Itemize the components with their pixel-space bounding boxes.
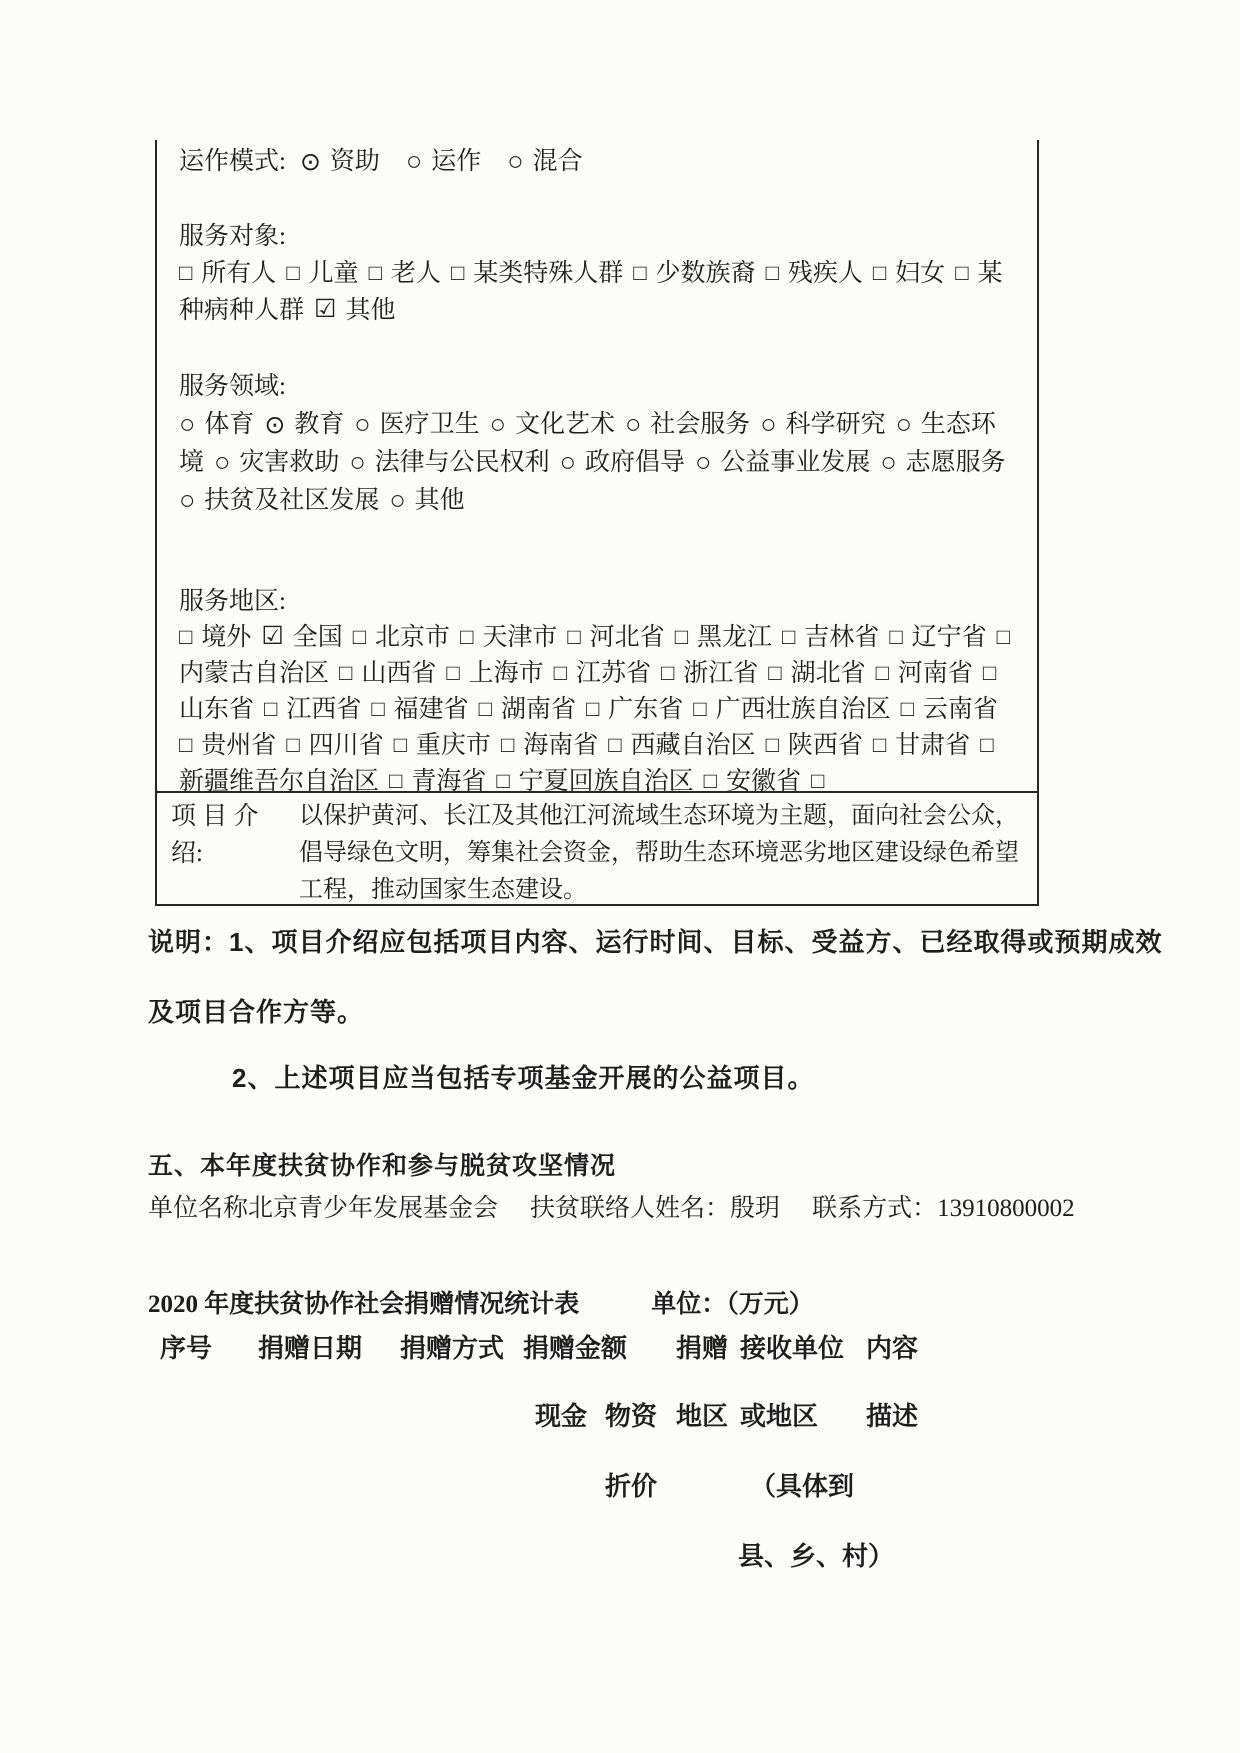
option: □浙江省 [661, 660, 758, 687]
checkbox-icon: □ [693, 691, 706, 727]
option-label: 教育 [294, 411, 344, 438]
radio-icon: ○ [507, 143, 523, 180]
checkbox-icon: □ [889, 619, 902, 655]
service-regions-group: 服务地区: □境外☑全国□北京市□天津市□河北省□黑龙江□吉林省□辽宁省□内蒙古… [179, 584, 1023, 800]
option: □西藏自治区 [608, 732, 755, 759]
service-targets-group: 服务对象: □所有人□儿童□老人□某类特殊人群□少数族裔□残疾人□妇女□某种病种… [179, 218, 1023, 329]
checkbox-icon: □ [586, 691, 599, 727]
scanned-form-page: 运作模式:⊙资助○运作○混合 服务对象: □所有人□儿童□老人□某类特殊人群□少… [0, 0, 1240, 1753]
option-label: 新疆维吾尔自治区 [179, 768, 379, 795]
radio-icon: ○ [349, 444, 365, 481]
checkbox-icon: □ [873, 727, 886, 763]
option: ○志愿服务 [880, 449, 1005, 476]
option-label: 青海省 [411, 768, 486, 795]
checkbox-checked-icon: ☑ [261, 619, 283, 655]
option-label: 西藏自治区 [631, 732, 756, 759]
option: ☑全国 [261, 624, 342, 651]
donation-table-title: 2020 年度扶贫协作社会捐赠情况统计表 [148, 1291, 579, 1318]
radio-icon: ○ [179, 406, 195, 443]
option: ○政府倡导 [560, 449, 685, 476]
option-label: 扶贫及社区发展 [204, 487, 379, 514]
donation-table-unit: 单位：（万元） [651, 1291, 814, 1318]
checkbox-icon: □ [633, 254, 646, 291]
option: ○体育 [179, 411, 254, 438]
checkbox-icon: □ [451, 254, 464, 291]
header-cell: 描述 [866, 1396, 918, 1433]
option: ☑其他 [314, 297, 395, 324]
section5-heading: 五、本年度扶贫协作和参与脱贫攻坚情况 [148, 1146, 616, 1182]
checkbox-icon: □ [675, 619, 688, 655]
option: □所有人 [179, 260, 276, 287]
option: □儿童 [286, 260, 358, 287]
option: □老人 [369, 260, 441, 287]
checkbox-icon: □ [997, 619, 1010, 655]
option-label: 广西壮族自治区 [716, 696, 891, 723]
radio-icon: ○ [406, 143, 422, 180]
option: □湖南省 [479, 696, 576, 723]
option: □山西省 [339, 660, 436, 687]
header-cell: 捐赠金额 [523, 1328, 627, 1365]
service-fields-label: 服务领域: [179, 368, 1023, 405]
option: ○运作 [406, 148, 481, 175]
org-name: 北京青少年发展基金会 [248, 1195, 498, 1222]
option-label: 资助 [330, 148, 380, 175]
checkbox-icon: □ [394, 727, 407, 763]
option: □安徽省 [704, 768, 801, 795]
option-label: 境外 [201, 624, 251, 651]
option: □某类特殊人群 [451, 260, 623, 287]
notes-line-1: 说明：1、项目介绍应包括项目内容、运行时间、目标、受益方、已经取得或预期成效 [148, 922, 1162, 959]
checkbox-checked-icon: ☑ [314, 291, 336, 328]
option: □青海省 [389, 768, 486, 795]
header-cell: 物资 [605, 1396, 657, 1433]
option: □北京市 [353, 624, 450, 651]
checkbox-icon: □ [782, 619, 795, 655]
project-intro-label: 项 目 介 绍: [157, 793, 293, 904]
radio-icon: ○ [695, 444, 711, 481]
header-cell: 序号 [160, 1328, 212, 1365]
service-regions-options: □境外☑全国□北京市□天津市□河北省□黑龙江□吉林省□辽宁省□内蒙古自治区□山西… [179, 624, 1019, 795]
option: ⊙资助 [300, 148, 380, 175]
option: □黑龙江 [675, 624, 772, 651]
header-cell: 地区 [676, 1396, 728, 1433]
checkbox-icon: □ [980, 727, 993, 763]
option-label: 某类特殊人群 [473, 260, 623, 287]
radio-icon: ○ [179, 482, 195, 519]
header-cell: 折价 [605, 1466, 657, 1503]
option: □境外 [179, 624, 251, 651]
project-intro-cell: 项 目 介 绍: 以保护黄河、长江及其他江河流域生态环境为主题，面向社会公众，倡… [155, 793, 1039, 906]
option-label: 天津市 [482, 624, 557, 651]
donation-table-header-row-3: 折价（具体到 [0, 1466, 1240, 1500]
option: ○混合 [507, 148, 582, 175]
checkbox-icon: □ [768, 655, 781, 691]
option-label: 全国 [293, 624, 343, 651]
checkbox-icon: □ [369, 254, 382, 291]
checkbox-icon: □ [286, 727, 299, 763]
checkbox-icon: □ [873, 254, 886, 291]
header-cell: 现金 [535, 1396, 587, 1433]
option: □上海市 [446, 660, 543, 687]
option: ○医疗卫生 [354, 411, 479, 438]
option: ○扶贫及社区发展 [179, 487, 379, 514]
option-label: 内蒙古自治区 [179, 660, 329, 687]
contact-label: 扶贫联络人姓名： [530, 1195, 730, 1222]
checkbox-icon: □ [460, 619, 473, 655]
option-label: 广东省 [608, 696, 683, 723]
option-label: 四川省 [309, 732, 384, 759]
option-label: 河南省 [898, 660, 973, 687]
checkbox-icon: □ [479, 691, 492, 727]
option: □甘肃省 [873, 732, 970, 759]
option: □陕西省 [766, 732, 863, 759]
header-cell: 捐赠日期 [258, 1328, 362, 1365]
checkbox-icon: □ [446, 655, 459, 691]
radio-icon: ○ [389, 482, 405, 519]
phone-number: 13910800002 [937, 1195, 1075, 1222]
radio-icon: ○ [214, 444, 230, 481]
checkbox-icon: □ [567, 619, 580, 655]
option-label: 湖北省 [791, 660, 866, 687]
service-fields-group: 服务领域: ○体育⊙教育○医疗卫生○文化艺术○社会服务○科学研究○生态环境○灾害… [179, 368, 1023, 519]
option: □少数族裔 [633, 260, 755, 287]
option-label: 山西省 [361, 660, 436, 687]
radio-checked-icon: ⊙ [300, 144, 321, 181]
option: □重庆市 [394, 732, 491, 759]
checkbox-icon: □ [661, 655, 674, 691]
option-label: 河北省 [590, 624, 665, 651]
operation-mode-group: 运作模式:⊙资助○运作○混合 [179, 142, 1023, 180]
project-intro-text: 以保护黄河、长江及其他江河流域生态环境为主题，面向社会公众，倡导绿色文明，筹集社… [293, 793, 1037, 904]
option: □福建省 [371, 696, 468, 723]
option: □宁夏回族自治区 [496, 768, 693, 795]
checkbox-icon: □ [554, 655, 567, 691]
option: □ [811, 768, 833, 795]
option-label: 福建省 [394, 696, 469, 723]
donation-table-header-row-4: 县、乡、村） [0, 1536, 1240, 1570]
checkbox-icon: □ [983, 655, 996, 691]
option: ○文化艺术 [490, 411, 615, 438]
option-label: 辽宁省 [912, 624, 987, 651]
option: □天津市 [460, 624, 557, 651]
option: □贵州省 [179, 732, 276, 759]
radio-icon: ○ [354, 406, 370, 443]
header-cell: 接收单位 [740, 1328, 844, 1365]
option-label: 陕西省 [788, 732, 863, 759]
option-label: 江苏省 [576, 660, 651, 687]
org-label: 单位名称 [148, 1195, 248, 1222]
header-cell: 捐赠 [676, 1328, 728, 1365]
option-label: 老人 [391, 260, 441, 287]
header-cell: 捐赠方式 [400, 1328, 504, 1365]
option: □河北省 [567, 624, 664, 651]
radio-icon: ○ [760, 406, 776, 443]
checkbox-icon: □ [179, 619, 192, 655]
option: ○科学研究 [760, 411, 885, 438]
option: ○社会服务 [625, 411, 750, 438]
option-label: 志愿服务 [906, 449, 1006, 476]
option-label: 混合 [533, 148, 583, 175]
checkbox-icon: □ [501, 727, 514, 763]
radio-icon: ○ [560, 444, 576, 481]
option-label: 浙江省 [683, 660, 758, 687]
option-label: 黑龙江 [697, 624, 772, 651]
option: ⊙教育 [264, 411, 344, 438]
option-label: 其他 [345, 297, 395, 324]
checkbox-icon: □ [876, 655, 889, 691]
checkbox-icon: □ [766, 727, 779, 763]
service-fields-options: ○体育⊙教育○医疗卫生○文化艺术○社会服务○科学研究○生态环境○灾害救助○法律与… [179, 411, 1016, 514]
option: □四川省 [286, 732, 383, 759]
service-targets-label: 服务对象: [179, 218, 1023, 255]
option: □河南省 [876, 660, 973, 687]
option: □云南省 [901, 696, 998, 723]
option: □妇女 [873, 260, 945, 287]
option: ○法律与公民权利 [349, 449, 549, 476]
option: □广东省 [586, 696, 683, 723]
operation-mode-label: 运作模式: [179, 148, 286, 175]
checkbox-icon: □ [608, 727, 621, 763]
option-label: 甘肃省 [895, 732, 970, 759]
option-label: 灾害救助 [239, 449, 339, 476]
option: □广西壮族自治区 [693, 696, 890, 723]
option-label: 儿童 [309, 260, 359, 287]
option-label: 社会服务 [650, 411, 750, 438]
checkbox-icon: □ [901, 691, 914, 727]
checkbox-icon: □ [339, 655, 352, 691]
option-label: 医疗卫生 [380, 411, 480, 438]
option-label: 少数族裔 [656, 260, 756, 287]
section5-org-line: 单位名称北京青少年发展基金会扶贫联络人姓名：殷玥联系方式：13910800002 [148, 1188, 1075, 1224]
option-label: 贵州省 [201, 732, 276, 759]
option: □海南省 [501, 732, 598, 759]
header-cell: 县、乡、村） [738, 1536, 894, 1573]
phone-label: 联系方式： [812, 1195, 937, 1222]
service-regions-label: 服务地区: [179, 584, 1023, 620]
option-label: 运作 [431, 148, 481, 175]
option-label: 安徽省 [726, 768, 801, 795]
option-label: 上海市 [469, 660, 544, 687]
option-label: 公益事业发展 [720, 449, 870, 476]
service-targets-options: □所有人□儿童□老人□某类特殊人群□少数族裔□残疾人□妇女□某种病种人群☑其他 [179, 260, 1003, 324]
radio-icon: ○ [490, 406, 506, 443]
option-label: 江西省 [286, 696, 361, 723]
operation-mode-options: ⊙资助○运作○混合 [300, 148, 609, 175]
header-cell: 内容 [866, 1328, 918, 1365]
header-cell: （具体到 [750, 1466, 854, 1503]
option-label: 北京市 [375, 624, 450, 651]
donation-table-title-line: 2020 年度扶贫协作社会捐赠情况统计表单位：（万元） [148, 1284, 814, 1320]
radio-icon: ○ [880, 444, 896, 481]
option-label: 残疾人 [788, 260, 863, 287]
option-label: 海南省 [523, 732, 598, 759]
donation-table-header-row-2: 现金物资地区或地区描述 [0, 1396, 1240, 1430]
option: □江西省 [264, 696, 361, 723]
donation-table-header-row-1: 序号捐赠日期捐赠方式捐赠金额捐赠接收单位内容 [0, 1328, 1240, 1362]
radio-checked-icon: ⊙ [264, 407, 285, 444]
radio-icon: ○ [896, 406, 912, 443]
option: □辽宁省 [889, 624, 986, 651]
checkbox-icon: □ [286, 254, 299, 291]
contact-name: 殷玥 [730, 1195, 780, 1222]
checkbox-icon: □ [179, 254, 192, 291]
radio-icon: ○ [625, 406, 641, 443]
checkbox-icon: □ [955, 254, 968, 291]
checkbox-icon: □ [179, 727, 192, 763]
option-label: 法律与公民权利 [375, 449, 550, 476]
option: □残疾人 [766, 260, 863, 287]
option-label: 其他 [415, 487, 465, 514]
checkbox-icon: □ [353, 619, 366, 655]
option: ○其他 [389, 487, 464, 514]
checkbox-icon: □ [766, 254, 779, 291]
option-label: 科学研究 [786, 411, 886, 438]
option-label: 湖南省 [501, 696, 576, 723]
option-label: 文化艺术 [515, 411, 615, 438]
option: ○公益事业发展 [695, 449, 870, 476]
option-label: 吉林省 [804, 624, 879, 651]
option: ○灾害救助 [214, 449, 339, 476]
option: □湖北省 [768, 660, 865, 687]
option-label: 政府倡导 [585, 449, 685, 476]
option-label: 山东省 [179, 696, 254, 723]
checkbox-icon: □ [371, 691, 384, 727]
checkbox-icon: □ [264, 691, 277, 727]
option-label: 体育 [204, 411, 254, 438]
form-cell-main: 运作模式:⊙资助○运作○混合 服务对象: □所有人□儿童□老人□某类特殊人群□少… [155, 140, 1039, 793]
option-label: 云南省 [923, 696, 998, 723]
option-label: 重庆市 [416, 732, 491, 759]
option: □吉林省 [782, 624, 879, 651]
option-label: 所有人 [201, 260, 276, 287]
option-label: 宁夏回族自治区 [519, 768, 694, 795]
option-label: 妇女 [895, 260, 945, 287]
notes-line-3: 2、上述项目应当包括专项基金开展的公益项目。 [232, 1058, 814, 1095]
notes-line-2: 及项目合作方等。 [148, 992, 364, 1029]
header-cell: 或地区 [740, 1396, 818, 1433]
option: □江苏省 [554, 660, 651, 687]
